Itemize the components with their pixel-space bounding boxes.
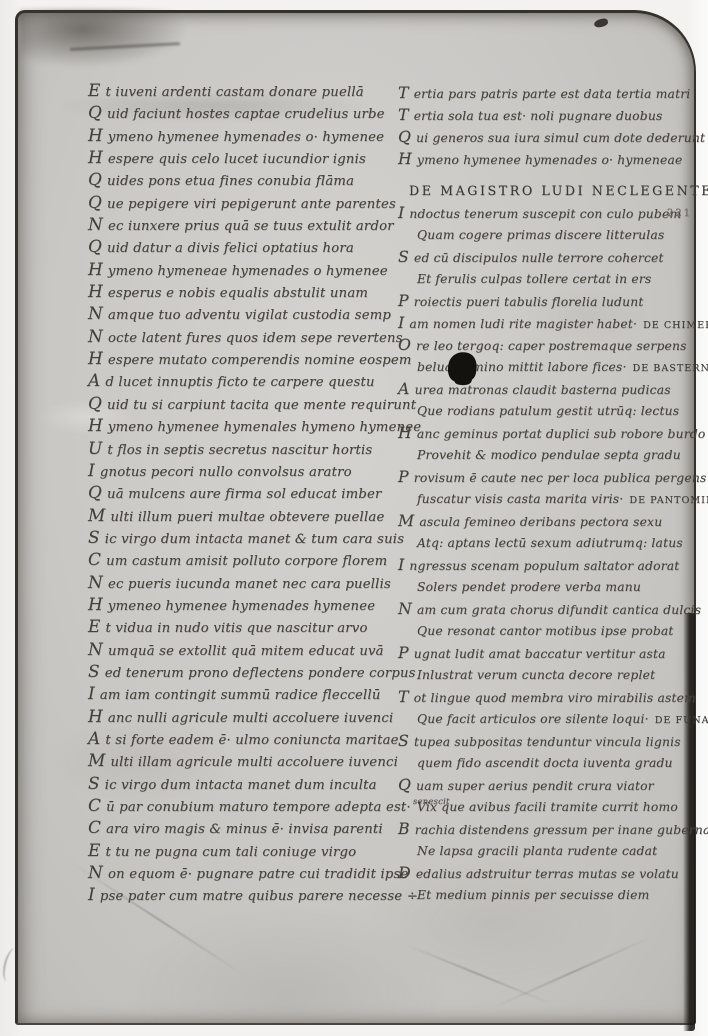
verse-text: um castum amisit polluto corpore florem xyxy=(106,554,387,569)
verse-line: Que resonat cantor motibus ipse probat xyxy=(400,620,696,642)
verse-text: anc geminus portat duplici sub robore bu… xyxy=(417,427,706,441)
verse-line: Que pepigere viri pepigerunt ante parent… xyxy=(90,191,395,213)
verse-line: Stupea subpositas tenduntur vincula lign… xyxy=(400,730,696,752)
verse-text: Atq: aptans lectū sexum adiutrumq: latus xyxy=(417,536,683,550)
verse-line: Quid datur a divis felici optatius hora xyxy=(90,235,395,257)
verse-text: ulti illum pueri multae obtevere puellae xyxy=(110,510,384,525)
verse-text: urea matronas claudit basterna pudicas xyxy=(415,383,671,397)
verse-line: Et iuveni ardenti castam donare puellā xyxy=(90,79,395,101)
verse-line: Nocte latent fures quos idem sepe revert… xyxy=(90,325,395,347)
verse-initial: Q xyxy=(88,481,102,503)
verse-text: ugnat ludit amat baccatur vertitur asta xyxy=(414,647,666,661)
verse-line: Que facit articulos ore silente loqui·DE… xyxy=(400,708,696,730)
verse-text: octe latent fures quos idem sepe reverte… xyxy=(108,331,403,346)
verse-initial: Q xyxy=(398,774,411,796)
verse-text: ū par conubium maturo tempore adepta est… xyxy=(106,800,411,815)
verse-initial: I xyxy=(398,312,404,334)
verse-line: Proiectis pueri tabulis florelia ludunt xyxy=(400,290,696,312)
verse-line: fuscatur visis casta marita viris·DE PAN… xyxy=(400,488,696,510)
verse-text: uam super aerius pendit crura viator xyxy=(416,779,654,793)
verse-initial: A xyxy=(88,727,100,749)
verse-text: edalius adstruitur terras mutas se volat… xyxy=(416,867,679,881)
verse-initial: H xyxy=(88,258,103,280)
verse-text: t si forte eadem ē· ulmo coniuncta marit… xyxy=(105,733,398,748)
verse-line: Ipse pater cum matre quibus parere neces… xyxy=(90,883,395,905)
verse-text: umquā se extollit quā mitem educat uvā xyxy=(108,644,384,659)
verse-line: Dedalius adstruitur terras mutas se vola… xyxy=(400,862,696,884)
verse-line: Cum castum amisit polluto corpore florem xyxy=(90,548,395,570)
verse-text: pse pater cum matre quibus parere necess… xyxy=(100,889,418,904)
verse-text: anc nulli agricule multi accoluere iuven… xyxy=(108,711,393,726)
verse-initial: S xyxy=(398,246,409,268)
verse-line: Que rodians patulum gestit utrūq: lectus xyxy=(400,400,696,422)
verse-initial: H xyxy=(88,347,103,369)
verse-initial: M xyxy=(88,749,105,771)
verse-line: Nam cum grata chorus difundit cantica du… xyxy=(400,598,696,620)
verse-initial: H xyxy=(398,148,412,170)
verse-text: am cum grata chorus difundit cantica dul… xyxy=(417,603,701,617)
verse-line: Ne lapsa gracili planta rudente cadat xyxy=(400,840,696,862)
verse-initial: I xyxy=(398,202,404,224)
verse-text: Et medium pinnis per secuisse diem xyxy=(417,888,649,902)
verse-initial: Q xyxy=(398,126,411,148)
verse-line: Qui generos sua iura simul cum dote dede… xyxy=(400,126,696,148)
verse-initial: N xyxy=(88,861,103,883)
left-text-column: Et iuveni ardenti castam donare puellāQu… xyxy=(90,79,395,906)
inline-rubric-title: DE BASTERNA xyxy=(633,363,708,374)
verse-text: Vix que avibus facili tramite currit hom… xyxy=(417,800,678,814)
verse-line: Ad lucet innuptis ficto te carpere quest… xyxy=(90,369,395,391)
verse-text: ymeno hymeneae hymenades o hymenee xyxy=(108,264,388,279)
verse-text: espere quis celo lucet iucundior ignis xyxy=(108,152,366,167)
verse-initial: H xyxy=(88,124,103,146)
verse-initial: C xyxy=(88,548,101,570)
verse-initial: N xyxy=(88,213,103,235)
verse-text: ot lingue quod membra viro mirabilis ast… xyxy=(414,691,696,705)
verse-text: ngressus scenam populum saltator adorat xyxy=(409,559,679,573)
verse-text: Que resonat cantor motibus ipse probat xyxy=(417,624,674,638)
verse-line: Sed cū discipulos nulle terrore cohercet xyxy=(400,246,696,268)
verse-line: Ingressus scenam populum saltator adorat xyxy=(400,554,696,576)
manuscript-page: Et iuveni ardenti castam donare puellāQu… xyxy=(15,10,696,1025)
marginal-number: 221 xyxy=(667,203,692,225)
verse-initial: E xyxy=(88,79,101,101)
verse-initial: C xyxy=(88,816,101,838)
verse-line: Pugnat ludit amat baccatur vertitur asta xyxy=(400,642,696,664)
verse-line: Namque tuo adventu vigilat custodia semp xyxy=(90,302,395,324)
verse-initial: D xyxy=(398,862,411,884)
verse-text: am nomen ludi rite magister habet· xyxy=(409,317,637,331)
verse-text: ue pepigere viri pepigerunt ante parente… xyxy=(107,197,396,212)
verse-text: ymeno hymenee hymenades o· hymenee xyxy=(108,130,384,145)
verse-initial: Q xyxy=(88,191,102,213)
verse-text: uā mulcens aure firma sol educat imber xyxy=(107,487,382,502)
verse-text: am iam contingit summū radice fleccellū xyxy=(100,688,381,703)
verse-line: Solers pendet prodere verba manu xyxy=(400,576,696,598)
verse-initial: I xyxy=(88,682,95,704)
verse-line: Iam iam contingit summū radice fleccellū xyxy=(90,682,395,704)
verse-text: ulti illam agricule multi accoluere iuve… xyxy=(110,755,398,770)
verse-text: ndoctus tenerum suscepit con culo pubem xyxy=(409,207,681,221)
verse-text: uides pons etua fines conubia flāma xyxy=(107,174,354,189)
verse-text: ymeneo hymenee hymenades hymenee xyxy=(108,599,375,614)
verse-text: Solers pendet prodere verba manu xyxy=(417,580,641,594)
verse-text: Inlustrat verum cuncta decore replet xyxy=(417,668,655,682)
verse-initial: Q xyxy=(88,168,102,190)
verse-text: t iuveni ardenti castam donare puellā xyxy=(106,85,364,100)
verse-text: ed cū discipulos nulle terrore cohercet xyxy=(414,251,664,265)
verse-line: Aurea matronas claudit basterna pudicas xyxy=(400,378,696,400)
verse-line: Hymeno hymenee hymenades o· hymenee xyxy=(90,124,395,146)
verse-initial: H xyxy=(88,146,103,168)
verse-text: quem fido ascendit docta iuventa gradu xyxy=(417,756,673,770)
verse-line: Cū par conubium maturo tempore adepta es… xyxy=(90,794,395,816)
verse-line: Tertia sola tua est· noli pugnare duobus xyxy=(400,104,696,126)
verse-line: Hymeneo hymenee hymenades hymenee xyxy=(90,593,395,615)
verse-text: Provehit & modico pendulae septa gradu xyxy=(417,448,681,462)
verse-line: Et vidua in nudo vitis que nascitur arvo xyxy=(90,615,395,637)
verse-text: Quam cogere primas discere litterulas xyxy=(417,228,664,242)
verse-text: esperus e nobis equalis abstulit unam xyxy=(108,286,368,301)
verse-line: Cara viro magis & minus ē· invisa parent… xyxy=(90,816,395,838)
verse-line: Hespere quis celo lucet iucundior ignis xyxy=(90,146,395,168)
verse-line: Ut flos in septis secretus nascitur hort… xyxy=(90,437,395,459)
poem-heading: DE MAGISTRO LUDI NECLEGENTE xyxy=(400,180,696,202)
verse-initial: M xyxy=(398,510,414,532)
verse-initial: I xyxy=(88,883,95,905)
inline-rubric-title: DE PANTOMIMO xyxy=(629,495,708,506)
verse-line: Et tu ne pugna cum tali coniuge virgo xyxy=(90,839,395,861)
verse-text: Que facit articulos ore silente loqui· xyxy=(417,712,649,726)
margin-mark xyxy=(0,947,22,983)
verse-line: Hymeno hymenee hymenades o· hymeneae xyxy=(400,148,696,170)
verse-text: ic virgo dum intacta manet dum inculta xyxy=(105,778,377,793)
verse-line: Nec pueris iucunda manet nec cara puelli… xyxy=(90,571,395,593)
verse-line: Inlustrat verum cuncta decore replet xyxy=(400,664,696,686)
verse-initial: E xyxy=(88,839,101,861)
verse-initial: P xyxy=(398,466,409,488)
verse-initial: H xyxy=(88,593,103,615)
verse-initial: N xyxy=(88,325,103,347)
verse-text: roiectis pueri tabulis florelia ludunt xyxy=(414,295,644,309)
verse-line: Multi illum pueri multae obtevere puella… xyxy=(90,504,395,526)
verse-text: rovisum ē caute nec per loca publica per… xyxy=(414,471,707,485)
verse-line: Quam super aerius pendit crura viator xyxy=(400,774,696,796)
verse-text: ec pueris iucunda manet nec cara puellis xyxy=(108,577,391,592)
verse-line: Mascula femineo deribans pectora sexu xyxy=(400,510,696,532)
top-edge-speck xyxy=(593,18,608,29)
verse-initial: I xyxy=(398,554,404,576)
verse-initial: S xyxy=(88,660,100,682)
verse-initial: T xyxy=(398,104,409,126)
verse-line: Hespere mutato comperendis nomine eospem xyxy=(90,347,395,369)
verse-initial: S xyxy=(88,772,100,794)
verse-line: Nec iunxere prius quā se tuus extulit ar… xyxy=(90,213,395,235)
verse-line: Non equom ē· pugnare patre cui tradidit … xyxy=(90,861,395,883)
verse-initial: Q xyxy=(88,101,102,123)
verse-initial: U xyxy=(88,437,102,459)
verse-line: Vix que avibus facili tramite currit hom… xyxy=(400,796,696,818)
verse-text: t flos in septis secretus nascitur horti… xyxy=(107,443,372,458)
verse-initial: A xyxy=(398,378,410,400)
verse-initial: E xyxy=(88,615,101,637)
verse-text: amque tuo adventu vigilat custodia semp xyxy=(108,308,391,323)
verse-text: uid faciunt hostes captae crudelius urbe xyxy=(107,107,385,122)
verse-line: belua gemino mittit labore fices·DE BAST… xyxy=(400,356,696,378)
verse-line: Quid faciunt hostes captae crudelius urb… xyxy=(90,101,395,123)
verse-text: Et ferulis culpas tollere certat in ers xyxy=(417,272,651,286)
verse-line: Hesperus e nobis equalis abstulit unam xyxy=(90,280,395,302)
verse-text: Ne lapsa gracili planta rudente cadat xyxy=(417,844,657,858)
verse-line: Provisum ē caute nec per loca publica pe… xyxy=(400,466,696,488)
verse-initial: I xyxy=(88,459,95,481)
verse-text: re leo tergoq: caper postremaque serpens xyxy=(416,339,687,353)
verse-initial: P xyxy=(398,290,409,312)
verse-text: t vidua in nudo vitis que nascitur arvo xyxy=(106,621,368,636)
verse-line: Tertia pars patris parte est data tertia… xyxy=(400,82,696,104)
verse-text: ic virgo dum intacta manet & tum cara su… xyxy=(105,532,404,547)
verse-initial: B xyxy=(398,818,410,840)
verse-line: Quides pons etua fines conubia flāma xyxy=(90,168,395,190)
verse-initial: Q xyxy=(88,392,102,414)
verse-line: Quam cogere primas discere litterulas xyxy=(400,224,696,246)
verse-text: ymeno hymenee hymenales hymeno hymenee xyxy=(108,420,421,435)
verse-line: Et ferulis culpas tollere certat in ers xyxy=(400,268,696,290)
verse-initial: H xyxy=(88,705,103,727)
verse-initial: T xyxy=(398,82,409,104)
inline-rubric-title: DE CHIMERA xyxy=(643,320,708,331)
verse-initial: T xyxy=(398,686,409,708)
verse-initial: H xyxy=(398,422,412,444)
verse-line: Numquā se extollit quā mitem educat uvā xyxy=(90,638,395,660)
verse-line: Indoctus tenerum suscepit con culo pubem… xyxy=(400,202,696,224)
verse-initial: A xyxy=(88,369,100,391)
verse-line: Ignotus pecori nullo convolsus aratro xyxy=(90,459,395,481)
verse-text: fuscatur visis casta marita viris· xyxy=(417,492,623,506)
verse-text: ertia sola tua est· noli pugnare duobus xyxy=(414,109,663,123)
right-text-column: Tertia pars patris parte est data tertia… xyxy=(400,82,696,906)
verse-line: Atq: aptans lectū sexum adiutrumq: latus xyxy=(400,532,696,554)
verse-text: ascula femineo deribans pectora sexu xyxy=(419,515,662,529)
inline-rubric-title: DE FUNAMBULO xyxy=(655,715,708,726)
verse-text: tupea subpositas tenduntur vincula ligni… xyxy=(414,735,681,749)
verse-text: uid tu si carpiunt tacita que mente requ… xyxy=(107,398,416,413)
verse-initial: N xyxy=(398,598,412,620)
verse-initial: N xyxy=(88,302,103,324)
photo-backdrop: Et iuveni ardenti castam donare puellāQu… xyxy=(0,0,708,1036)
verse-text: uid datur a divis felici optatius hora xyxy=(107,241,354,256)
verse-line: Quā mulcens aure firma sol educat imber xyxy=(90,481,395,503)
verse-initial: S xyxy=(398,730,409,752)
verse-text: ymeno hymenee hymenades o· hymeneae xyxy=(417,153,683,167)
verse-initial: P xyxy=(398,642,409,664)
verse-text: d lucet innuptis ficto te carpere questu xyxy=(105,375,374,390)
verse-line: Sic virgo dum intacta manet dum inculta xyxy=(90,772,395,794)
verse-initial: Q xyxy=(88,235,102,257)
verse-initial: O xyxy=(398,334,411,356)
verse-text: gnotus pecori nullo convolsus aratro xyxy=(100,465,352,480)
verse-line: Hanc nulli agricule multi accoluere iuve… xyxy=(90,705,395,727)
verse-line: Sed tenerum prono deflectens pondere cor… xyxy=(90,660,395,682)
verse-text: espere mutato comperendis nomine eospem xyxy=(108,353,412,368)
verse-initial: C xyxy=(88,794,101,816)
verse-text: rachia distendens gressum per inane gube… xyxy=(415,823,708,837)
verse-line: At si forte eadem ē· ulmo coniuncta mari… xyxy=(90,727,395,749)
verse-line: Quid tu si carpiunt tacita que mente req… xyxy=(90,392,395,414)
verse-line: Hymeno hymenee hymenales hymeno hymenee xyxy=(90,414,395,436)
verse-line: Brachia distendens gressum per inane gub… xyxy=(400,818,696,840)
verse-line: Hanc geminus portat duplici sub robore b… xyxy=(400,422,696,444)
verse-text: t tu ne pugna cum tali coniuge virgo xyxy=(106,845,357,860)
verse-initial: N xyxy=(88,638,103,660)
verse-line: quem fido ascendit docta iuventa gradu xyxy=(400,752,696,774)
verse-text: ed tenerum prono deflectens pondere corp… xyxy=(105,666,416,681)
verse-line: Provehit & modico pendulae septa gradu xyxy=(400,444,696,466)
verse-initial: M xyxy=(88,504,105,526)
verse-line: Multi illam agricule multi accoluere iuv… xyxy=(90,749,395,771)
verse-initial: H xyxy=(88,280,103,302)
verse-text: on equom ē· pugnare patre cui tradidit i… xyxy=(108,867,409,882)
verse-text: Que rodians patulum gestit utrūq: lectus xyxy=(417,404,679,418)
verse-line: Ore leo tergoq: caper postremaque serpen… xyxy=(400,334,696,356)
parchment-crease xyxy=(495,937,651,1008)
verse-line: Iam nomen ludi rite magister habet·DE CH… xyxy=(400,312,696,334)
verse-initial: H xyxy=(88,414,103,436)
verse-line: Sic virgo dum intacta manet & tum cara s… xyxy=(90,526,395,548)
verse-line: Et medium pinnis per secuisse diem xyxy=(400,884,696,906)
verse-initial: S xyxy=(88,526,100,548)
parchment-crease xyxy=(403,943,552,1005)
verse-initial: N xyxy=(88,571,103,593)
verse-text: ec iunxere prius quā se tuus extulit ard… xyxy=(108,219,394,234)
verse-line: Tot lingue quod membra viro mirabilis as… xyxy=(400,686,696,708)
verse-text: ara viro magis & minus ē· invisa parenti xyxy=(106,822,383,837)
top-left-corner-stain xyxy=(20,9,185,67)
verse-line: Hymeno hymeneae hymenades o hymenee xyxy=(90,258,395,280)
verse-text: ertia pars patris parte est data tertia … xyxy=(414,87,691,101)
verse-text: ui generos sua iura simul cum dote deder… xyxy=(416,131,705,145)
